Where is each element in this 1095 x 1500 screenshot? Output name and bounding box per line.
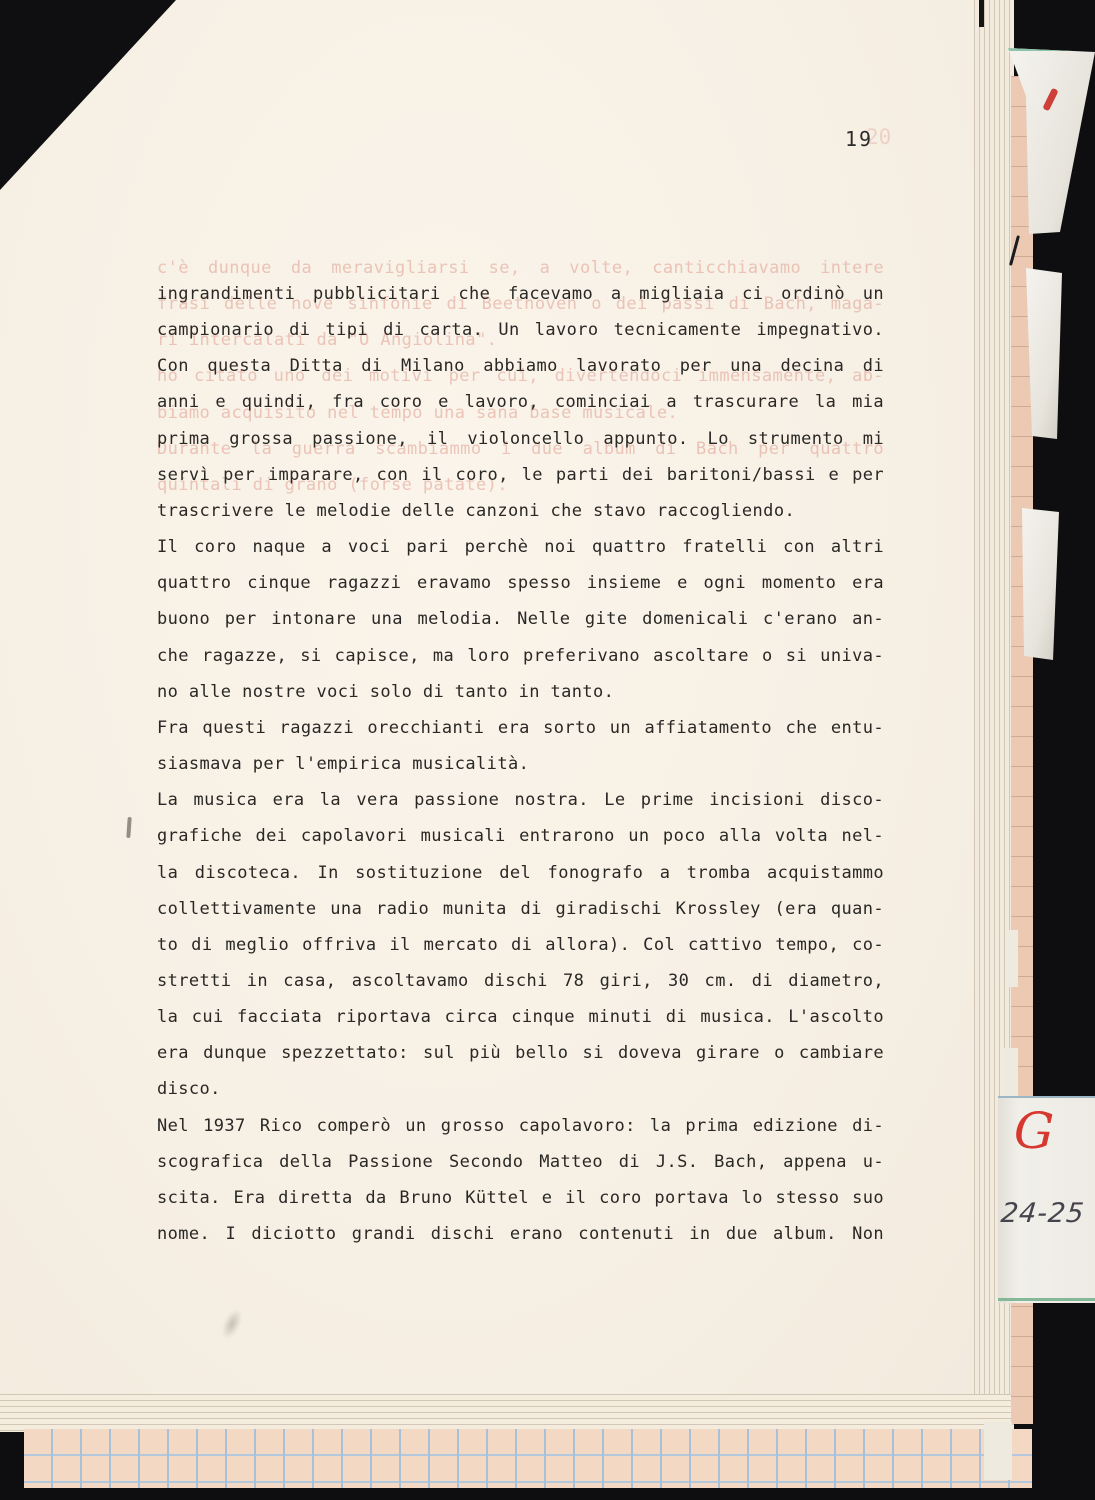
tab-pages-label: 24-25	[999, 1198, 1086, 1229]
index-tab-third	[1018, 504, 1060, 662]
typed-line: to di meglio offriva il mercato di allor…	[157, 927, 884, 963]
typed-line: Il coro naque a voci pari perchè noi qua…	[157, 529, 884, 565]
typed-line: quattro cinque ragazzi eravamo spesso in…	[157, 565, 884, 601]
typed-line: la discoteca. In sostituzione del fonogr…	[157, 855, 884, 891]
typed-line: siasmava per l'empirica musicalità.	[157, 746, 884, 782]
page-edge-sliver	[984, 1422, 1012, 1480]
page-number: 19	[845, 127, 873, 151]
scanned-document-scene: G 24-25 20 19 c'è dunque da meravigliars…	[0, 0, 1095, 1500]
typed-line: anni e quindi, fra coro e lavoro, cominc…	[157, 384, 884, 420]
typed-line: nome. I diciotto grandi dischi erano con…	[157, 1216, 884, 1252]
typed-line: ingrandimenti pubblicitari che facevamo …	[157, 276, 884, 312]
typed-line: trascrivere le melodie delle canzoni che…	[157, 493, 884, 529]
index-tab-labeled: G 24-25	[998, 1096, 1095, 1303]
typed-line: collettivamente una radio munita di gira…	[157, 891, 884, 927]
typed-line: scografica della Passione Secondo Matteo…	[157, 1144, 884, 1180]
page-stack-bottom-edges	[0, 1394, 1014, 1432]
typed-line: buono per intonare una melodia. Nelle gi…	[157, 601, 884, 637]
typed-line: no alle nostre voci solo di tanto in tan…	[157, 674, 884, 710]
page-edge-sliver	[1006, 930, 1018, 987]
pen-tick-mark	[979, 0, 984, 27]
typed-line: prima grossa passione, il violoncello ap…	[157, 421, 884, 457]
typed-line: servì per imparare, con il coro, le part…	[157, 457, 884, 493]
typed-line: disco.	[157, 1071, 884, 1107]
typed-line: campionario di tipi di carta. Un lavoro …	[157, 312, 884, 348]
typed-text: ingrandimenti pubblicitari che facevamo …	[157, 276, 884, 1252]
tab-letter-label: G	[1013, 1105, 1055, 1156]
typed-line: Con questa Ditta di Milano abbiamo lavor…	[157, 348, 884, 384]
tab-green-edge	[998, 1298, 1095, 1301]
typed-line: che ragazze, si capisce, ma loro preferi…	[157, 638, 884, 674]
typed-line: era dunque spezzettato: sul più bello si…	[157, 1035, 884, 1071]
typed-line: Nel 1937 Rico comperò un grosso capolavo…	[157, 1108, 884, 1144]
page-edge-sliver	[1004, 1048, 1018, 1098]
typed-line: grafiche dei capolavori musicali entraro…	[157, 818, 884, 854]
graph-paper-bottom	[24, 1429, 1032, 1488]
tab-blue-edge	[998, 1096, 1095, 1098]
typed-line: scita. Era diretta da Bruno Küttel e il …	[157, 1180, 884, 1216]
typed-line: Fra questi ragazzi orecchianti era sorto…	[157, 710, 884, 746]
typed-line: la cui facciata riportava circa cinque m…	[157, 999, 884, 1035]
tab-teal-edge	[1005, 48, 1095, 51]
typed-line: La musica era la vera passione nostra. L…	[157, 782, 884, 818]
tab-red-mark	[1042, 88, 1058, 112]
typed-line: stretti in casa, ascoltavamo dischi 78 g…	[157, 963, 884, 999]
